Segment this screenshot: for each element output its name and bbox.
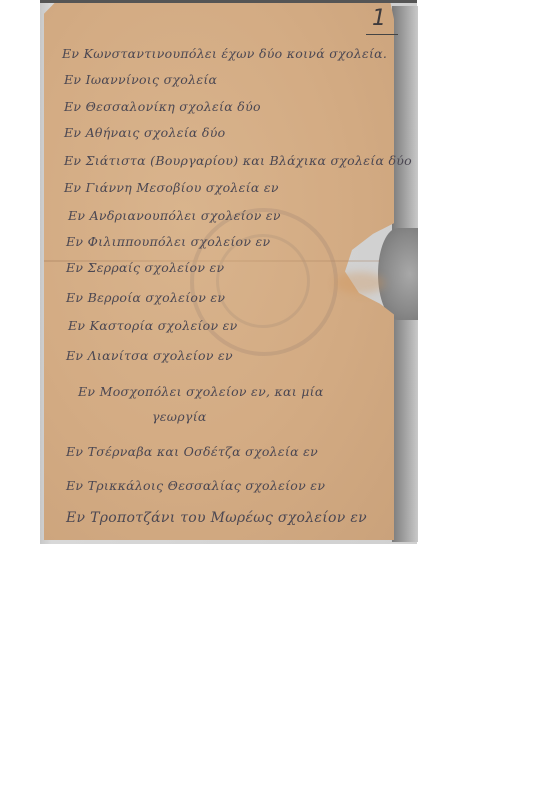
manuscript-line: Εν Σιάτιστα (Βουργαρίου) και Βλάχικα σχο… (64, 153, 412, 168)
page-number: 1 (372, 6, 386, 31)
manuscript-line: Εν Κωνσταντινουπόλει έχων δύο κοινά σχολ… (62, 46, 387, 61)
manuscript-line: Εν Ανδριανουπόλει σχολείον εν (68, 208, 281, 223)
manuscript-line: Εν Λιανίτσα σχολείον εν (66, 348, 233, 363)
manuscript-line: Εν Ιωαννίνοις σχολεία (64, 72, 217, 87)
manuscript-line: γεωργία (152, 409, 207, 424)
manuscript-line: Εν Τρικκάλοις Θεσσαλίας σχολείον εν (66, 478, 325, 493)
manuscript-line: Εν Φιλιππουπόλει σχολείον εν (66, 234, 270, 249)
page-number-underline (366, 34, 398, 35)
manuscript-line: Εν Καστορία σχολείον εν (68, 318, 238, 333)
manuscript-line: Εν Τροποτζάνι του Μωρέως σχολείον εν (66, 510, 367, 526)
manuscript-line: Εν Αθήναις σχολεία δύο (64, 125, 225, 140)
manuscript-line: Εν Τσέρναβα και Οσδέτζα σχολεία εν (66, 444, 318, 459)
manuscript-line: Εν Βερροία σχολείον εν (66, 290, 225, 305)
paper-stain (335, 272, 385, 294)
manuscript-line: Εν Γιάννη Μεσοβίου σχολεία εν (64, 180, 279, 195)
archive-stamp-icon (190, 208, 338, 356)
manuscript-line: Εν Σερραίς σχολείον εν (66, 260, 224, 275)
manuscript-line: Εν Θεσσαλονίκη σχολεία δύο (64, 99, 261, 114)
torn-notch (378, 228, 418, 320)
scanner-edge (40, 0, 417, 3)
manuscript-line: Εν Μοσχοπόλει σχολείον εν, και μία (78, 384, 324, 399)
